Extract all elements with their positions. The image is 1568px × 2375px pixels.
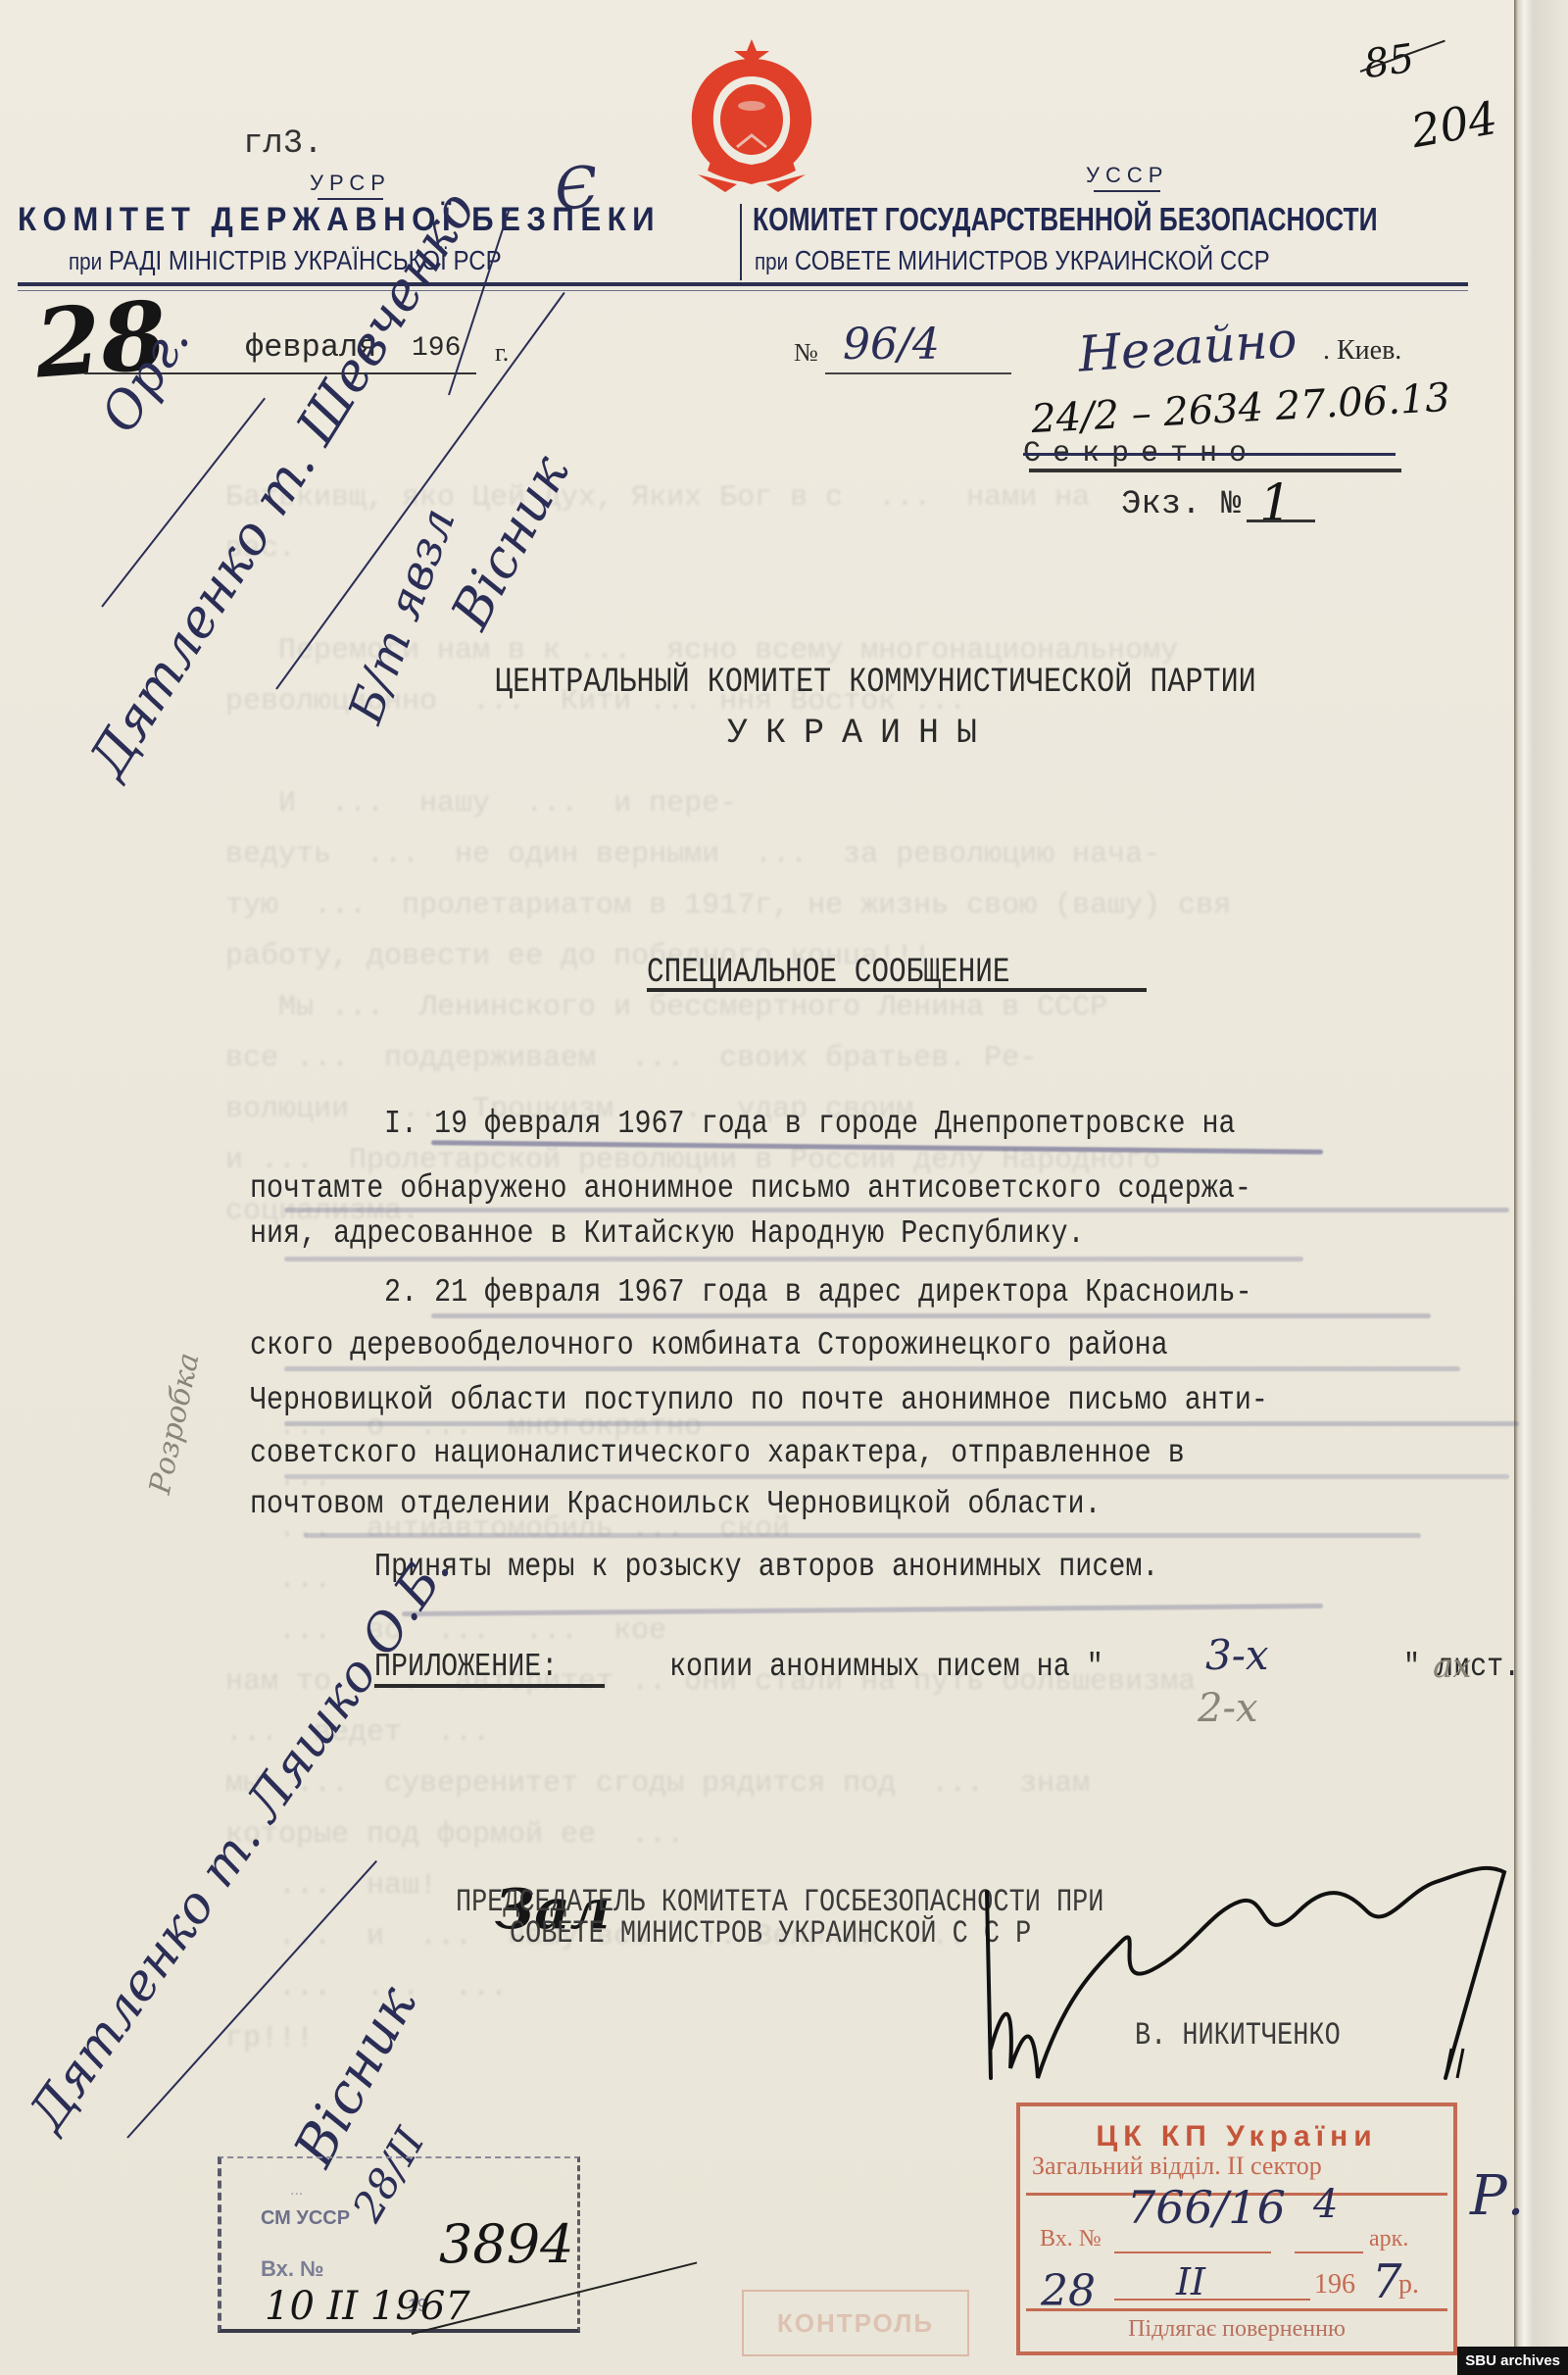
body-p1-line-3: ния, адресованное в Китайскую Народную Р… — [250, 1215, 1085, 1252]
org-sub-ru: при СОВЕТЕ МИНИСТРОВ УКРАИНСКОЙ ССР — [755, 245, 1270, 276]
body-p1-line-2: почтамте обнаружено анонимное письмо ант… — [250, 1170, 1251, 1207]
number-label: № — [794, 338, 818, 368]
stamp-ck-number-handwritten: 766/16 — [1127, 2181, 1286, 2234]
body-p2-line-4: советского националистического характера… — [250, 1435, 1185, 1471]
coat-of-arms-emblem-icon — [678, 37, 825, 192]
body-p2-line-3: Черновицкой области поступило по почте а… — [250, 1382, 1268, 1418]
image-credit: SBU archives — [1457, 2347, 1568, 2375]
body-p2-line-2: ского деревообделочного комбината Сторож… — [250, 1327, 1168, 1363]
pencil-underline — [284, 1366, 1460, 1371]
copy-number-label: Экз. № — [1121, 486, 1241, 523]
sub-prefix: при — [755, 249, 788, 275]
appendix-underline — [374, 1684, 605, 1688]
body-p2-line-5: почтовом отделении Красноильск Черновицк… — [250, 1486, 1102, 1522]
stamp-ck-title: ЦК КП України — [1020, 2120, 1453, 2153]
pencil-underline — [284, 1257, 1303, 1262]
stamp-side-mark: Р. — [1470, 2164, 1524, 2228]
stamp-sm-date-handwritten: 10 II 1967 — [265, 2284, 470, 2329]
sub-text: СОВЕТЕ МИНИСТРОВ УКРАИНСКОЙ ССР — [795, 245, 1270, 275]
republic-label-ru: УССР — [1086, 163, 1168, 188]
stamp-in-label: Вх. № — [261, 2256, 324, 2282]
date-year: 196 — [412, 333, 461, 364]
control-stamp: КОНТРОЛЬ — [742, 2290, 969, 2356]
pencil-underline — [284, 1421, 1519, 1426]
stamp-ck-sheets-handwritten: 4 — [1313, 2182, 1338, 2227]
city: . Киев. — [1323, 335, 1401, 367]
number-handwritten: 96/4 — [843, 320, 940, 370]
margin-note-top-initial: Є — [552, 153, 602, 223]
republic-label-ua: УРСР — [310, 171, 391, 196]
copy-number-handwritten: 1 — [1259, 474, 1292, 533]
stamp-line-2: СМ УССР — [261, 2207, 350, 2230]
pencil-underline — [304, 1533, 1421, 1538]
number-line — [825, 372, 1011, 374]
stamp-ck-department: Загальний відділ. II сектор — [1032, 2152, 1322, 2181]
stamp-ck-in-label: Вх. № — [1040, 2226, 1102, 2252]
signatory-name: В. НИКИТЧЕНКО — [1135, 2017, 1341, 2053]
classification-underline — [1029, 469, 1401, 472]
letterhead-rule — [18, 282, 1468, 286]
body-p3: Приняты меры к розыску авторов анонимных… — [374, 1549, 1158, 1585]
document-title: СПЕЦИАЛЬНОЕ СООБЩЕНИЕ — [647, 953, 1010, 992]
appendix-correction-handwritten: 2-х — [1198, 1686, 1258, 1731]
letterhead-rule-thin — [18, 290, 1468, 291]
copy-number-line — [1247, 520, 1315, 522]
signature-title-line-2: СОВЕТЕ МИНИСТРОВ УКРАИНСКОЙ С С Р — [510, 1915, 1031, 1952]
letterhead-divider — [740, 204, 742, 280]
appendix-text: копии анонимных писем на " — [669, 1649, 1103, 1685]
body-p1-line-1: I. 19 февраля 1967 года в городе Днепроп… — [384, 1106, 1236, 1142]
addressee-line-2: УКРАИНЫ — [727, 714, 995, 753]
stamp-sm-number-handwritten: 3894 — [439, 2213, 573, 2275]
stamp-field-line — [1114, 2299, 1310, 2301]
pencil-underline — [284, 1208, 1509, 1212]
strike-line — [1023, 453, 1396, 456]
stamp-ck-day-handwritten: 28 — [1041, 2266, 1096, 2316]
title-underline — [647, 988, 1147, 992]
stamp-ck-sheets-label: арк. — [1369, 2226, 1408, 2252]
sub-prefix: при — [69, 249, 102, 275]
stamp-ck-year: 196 — [1314, 2269, 1355, 2301]
appendix-struck-suffix: ах — [1433, 1647, 1471, 1686]
stamp-field-line — [1114, 2251, 1271, 2253]
date-suffix: г. — [495, 338, 509, 368]
pencil-underline — [431, 1313, 1431, 1318]
stamp-ck-year-digit-handwritten: 7 — [1372, 2254, 1402, 2309]
appendix-count-handwritten: 3-х — [1205, 1631, 1269, 1679]
stamp-ck-month-handwritten: II — [1176, 2260, 1205, 2303]
pencil-underline — [284, 1474, 1509, 1479]
index-code: гл3. — [243, 125, 323, 163]
org-name-ru: КОМИТЕТ ГОСУДАРСТВЕННОЙ БЕЗОПАСНОСТИ — [753, 201, 1378, 238]
body-p2-line-1: 2. 21 февраля 1967 года в адрес директор… — [384, 1274, 1252, 1311]
stamp-ck-footer: Підлягає поверненню — [1020, 2316, 1453, 2343]
addressee-line-1: ЦЕНТРАЛЬНЫЙ КОМИТЕТ КОММУНИСТИЧЕСКОЙ ПАР… — [495, 663, 1256, 702]
stamp-field-line — [1295, 2251, 1363, 2253]
stamp-line-1: ... — [290, 2182, 303, 2200]
